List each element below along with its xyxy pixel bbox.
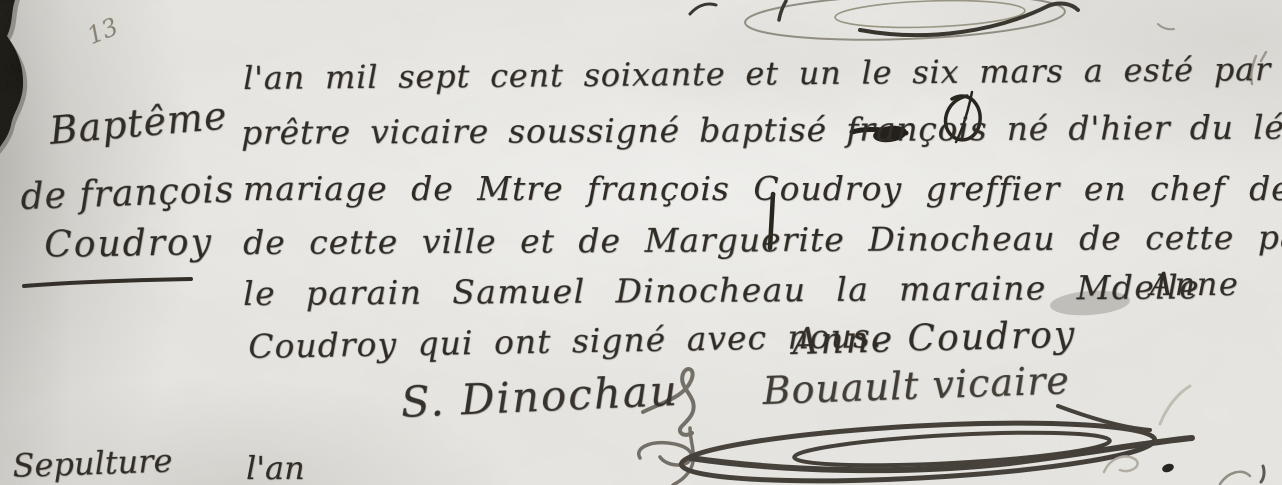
record-line-6-right: Anne Coudroy [792, 318, 1077, 361]
register-page-scan: 13 Baptême de françois Coudroy l'an mil … [0, 0, 1282, 485]
signature-dinocheau: S. Dinochau [400, 370, 680, 424]
record-line-4: de cette ville et de Marguerite Dinochea… [243, 220, 1282, 259]
signature-bouault-vicaire: Bouault vicaire [762, 361, 1070, 410]
margin-entry-number: 13 [84, 15, 121, 49]
next-entry-fragment-left: Sepulture [12, 444, 173, 482]
next-entry-fragment-right: l'an [246, 452, 305, 484]
record-line-2: prêtre vicaire soussigné baptisé françoi… [241, 110, 1282, 149]
margin-title-line-1: Baptême [48, 96, 229, 149]
record-line-5-right: Anne [1150, 268, 1239, 300]
handwriting-layer: 13 Baptême de françois Coudroy l'an mil … [0, 0, 1282, 485]
record-line-1: l'an mil sept cent soixante et un le six… [243, 52, 1282, 94]
record-line-3: mariage de Mtre françois Coudroy greffie… [243, 172, 1282, 205]
record-line-5: le parain Samuel Dinocheau la maraine Md… [243, 270, 1200, 310]
margin-title-line-3: Coudroy [44, 225, 213, 264]
margin-title-line-2: de françois [20, 173, 235, 216]
record-line-6: Coudroy qui ont signé avec nous. [248, 319, 883, 363]
